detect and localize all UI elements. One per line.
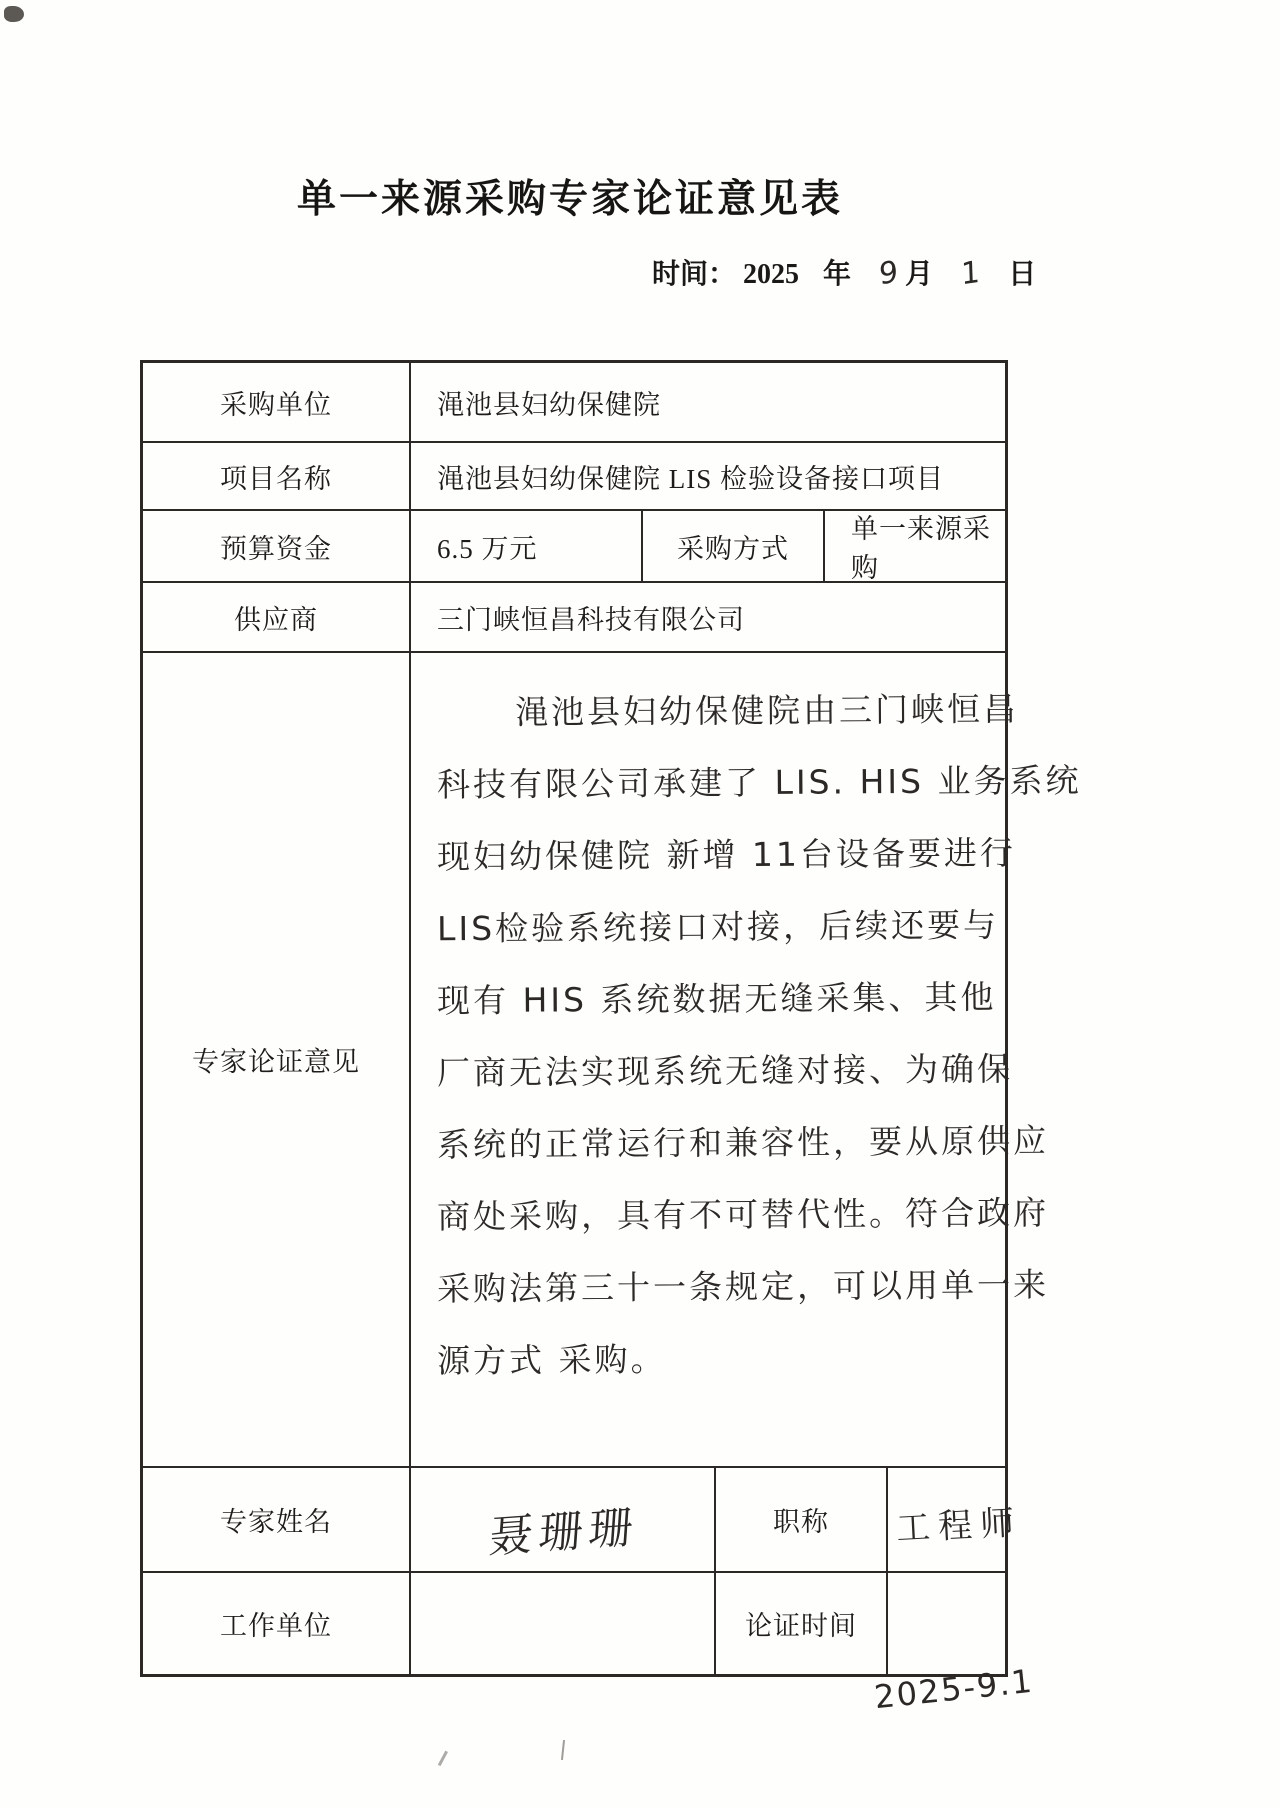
work-unit-value	[409, 1573, 714, 1674]
opinion-line: 科技有限公司承建了 LIS. HIS 业务系统	[437, 745, 1082, 821]
opinion-line: 现妇幼保健院 新增 11台设备要进行	[437, 817, 1082, 893]
opinion-time-value: 2025-9.1	[886, 1573, 1005, 1674]
opinion-line: 商处采购，具有不可替代性。符合政府	[437, 1177, 1082, 1253]
supplier-value: 三门峡恒昌科技有限公司	[409, 583, 1005, 651]
method-value: 单一来源采购	[823, 511, 1005, 581]
scan-mark	[561, 1740, 565, 1760]
purchasing-unit-label: 采购单位	[143, 363, 409, 441]
opinion-line: 采购法第三十一条规定，可以用单一来	[437, 1249, 1082, 1325]
page-title: 单一来源采购专家论证意见表	[297, 168, 843, 224]
scan-speck	[4, 6, 24, 22]
date-year-unit: 年	[823, 259, 851, 290]
work-unit-label: 工作单位	[143, 1573, 409, 1674]
professional-title-handwriting: 工程师	[895, 1495, 1023, 1551]
opinion-line: 厂商无法实现系统无缝对接、为确保	[437, 1033, 1082, 1109]
purchasing-unit-value: 渑池县妇幼保健院	[409, 363, 1005, 441]
date-prefix: 时间：	[652, 259, 736, 290]
scanned-form-page: 单一来源采购专家论证意见表 时间： 2025 年 9 月 1 日 采购单位 渑池…	[0, 0, 1280, 1809]
date-line: 时间： 2025 年 9 月 1 日	[652, 252, 1036, 292]
row-expert-name: 专家姓名 聂珊珊 职称 工程师	[143, 1466, 1005, 1571]
opinion-line: 源方式 采购。	[437, 1321, 1082, 1397]
row-purchasing-unit: 采购单位 渑池县妇幼保健院	[143, 363, 1005, 441]
date-month-unit: 月	[905, 259, 933, 290]
date-year: 2025	[743, 259, 799, 290]
row-work-unit: 工作单位 论证时间 2025-9.1	[143, 1571, 1005, 1674]
row-budget-method: 预算资金 6.5 万元 采购方式 单一来源采购	[143, 509, 1005, 581]
expert-name-label: 专家姓名	[143, 1468, 409, 1571]
date-day-handwritten: 1	[961, 255, 981, 293]
expert-name-value: 聂珊珊	[409, 1468, 714, 1571]
row-supplier: 供应商 三门峡恒昌科技有限公司	[143, 581, 1005, 651]
scan-mark	[429, 1746, 448, 1766]
opinion-time-label: 论证时间	[714, 1573, 886, 1674]
opinion-line: 渑池县妇幼保健院由三门峡恒昌	[437, 673, 1082, 749]
expert-opinion-value: 渑池县妇幼保健院由三门峡恒昌 科技有限公司承建了 LIS. HIS 业务系统 现…	[409, 653, 1090, 1466]
expert-opinion-handwriting: 渑池县妇幼保健院由三门峡恒昌 科技有限公司承建了 LIS. HIS 业务系统 现…	[411, 653, 1090, 1395]
budget-label: 预算资金	[143, 511, 409, 581]
professional-title-label: 职称	[714, 1468, 886, 1571]
expert-signature-handwriting: 聂珊珊	[487, 1491, 641, 1566]
date-month-handwritten: 9	[879, 255, 899, 293]
opinion-line: LIS检验系统接口对接，后续还要与	[437, 889, 1082, 965]
project-name-label: 项目名称	[143, 443, 409, 509]
row-expert-opinion: 专家论证意见 渑池县妇幼保健院由三门峡恒昌 科技有限公司承建了 LIS. HIS…	[143, 651, 1005, 1466]
row-project-name: 项目名称 渑池县妇幼保健院 LIS 检验设备接口项目	[143, 441, 1005, 509]
project-name-value: 渑池县妇幼保健院 LIS 检验设备接口项目	[409, 443, 1005, 509]
expert-opinion-label: 专家论证意见	[143, 653, 409, 1466]
opinion-line: 现有 HIS 系统数据无缝采集、其他	[437, 961, 1082, 1037]
date-day-unit: 日	[1008, 259, 1036, 290]
budget-value: 6.5 万元	[409, 511, 641, 581]
form-table: 采购单位 渑池县妇幼保健院 项目名称 渑池县妇幼保健院 LIS 检验设备接口项目…	[140, 360, 1008, 1677]
supplier-label: 供应商	[143, 583, 409, 651]
opinion-time-handwriting: 2025-9.1	[872, 1662, 1035, 1717]
opinion-line: 系统的正常运行和兼容性，要从原供应	[437, 1105, 1082, 1181]
professional-title-value: 工程师	[886, 1468, 1005, 1571]
method-label: 采购方式	[641, 511, 823, 581]
